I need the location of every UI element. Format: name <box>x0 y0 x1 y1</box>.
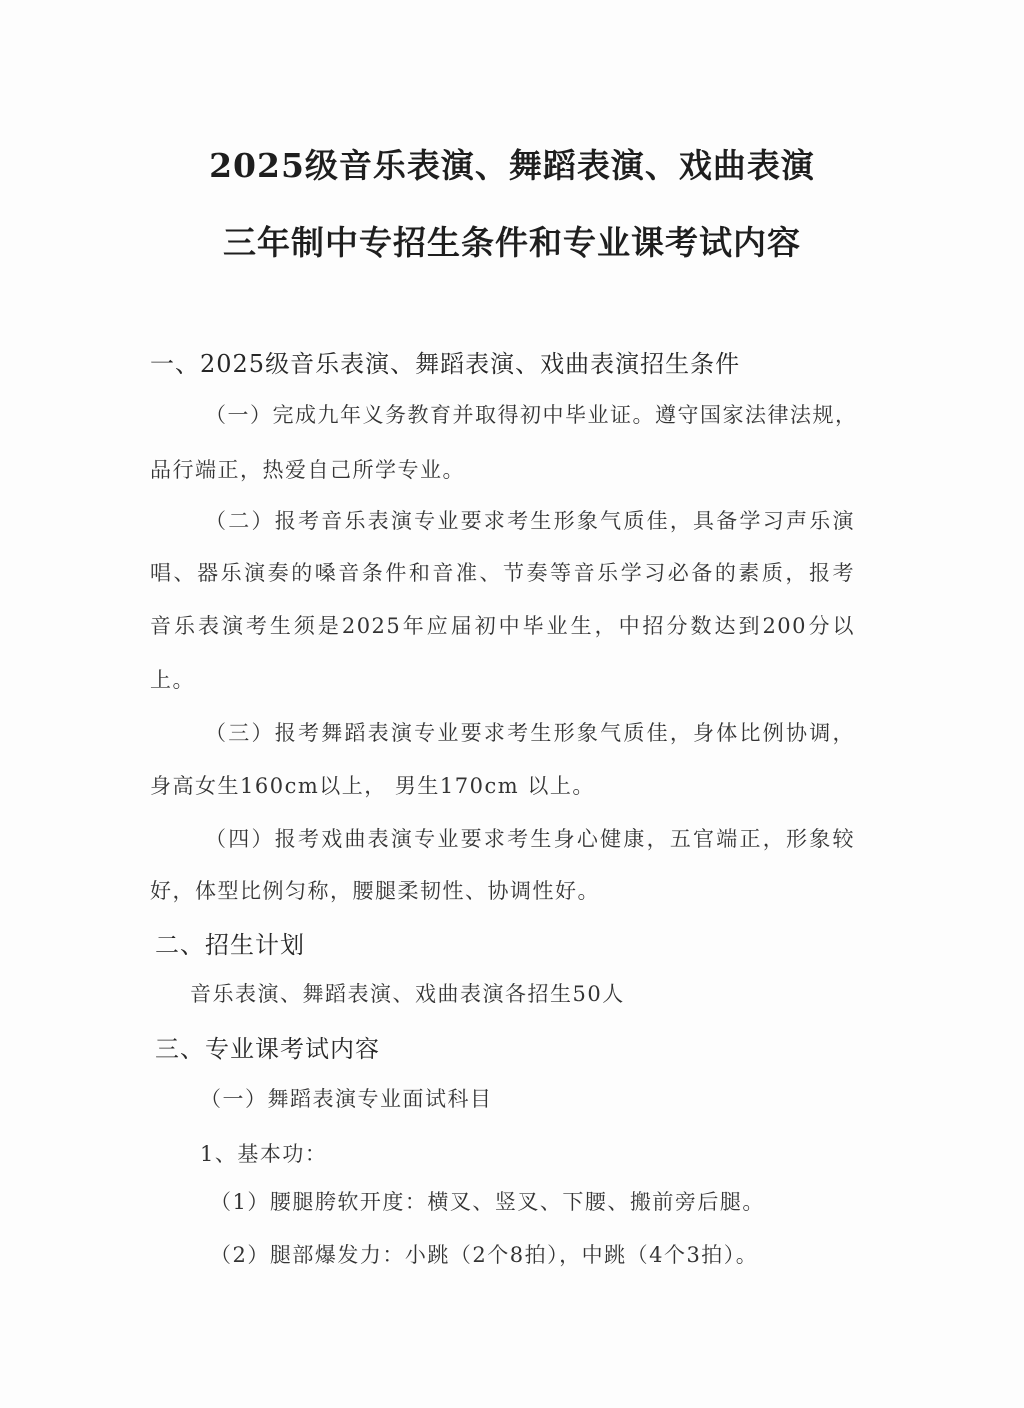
document-page: 2025级音乐表演、舞蹈表演、戏曲表演 三年制中专招生条件和专业课考试内容 一、… <box>0 0 1024 1408</box>
paragraph-line: （1）腰腿胯软开度：横叉、竖叉、下腰、搬前旁后腿。 <box>210 1186 765 1216</box>
paragraph-line: （一）完成九年义务教育并取得初中毕业证。遵守国家法律法规， <box>205 399 855 429</box>
paragraph-line: （四）报考戏曲表演专业要求考生身心健康，五官端正，形象较 <box>205 823 855 853</box>
document-title-line-2: 三年制中专招生条件和专业课考试内容 <box>0 217 1024 264</box>
paragraph-line: 唱、器乐演奏的嗓音条件和音准、节奏等音乐学习必备的素质，报考 <box>150 557 855 587</box>
paragraph-line: 好，体型比例匀称，腰腿柔韧性、协调性好。 <box>150 875 600 905</box>
paragraph-line: 1、基本功： <box>200 1138 327 1168</box>
section-heading-enrollment-plan: 二、招生计划 <box>155 925 305 960</box>
paragraph-line: 音乐表演、舞蹈表演、戏曲表演各招生50人 <box>190 978 625 1008</box>
paragraph-line: （一）舞蹈表演专业面试科目 <box>200 1083 493 1113</box>
paragraph-line: （二）报考音乐表演专业要求考生形象气质佳，具备学习声乐演 <box>205 505 855 535</box>
paragraph-line: （2）腿部爆发力：小跳（2个8拍），中跳（4个3拍）。 <box>210 1239 758 1269</box>
section-heading-exam-content: 三、专业课考试内容 <box>155 1029 380 1064</box>
paragraph-line: 音乐表演考生须是2025年应届初中毕业生，中招分数达到200分以 <box>150 610 855 640</box>
paragraph-line: 身高女生160cm以上， 男生170cm 以上。 <box>150 770 595 800</box>
section-heading-admission-requirements: 一、2025级音乐表演、舞蹈表演、戏曲表演招生条件 <box>150 344 740 379</box>
paragraph-line: 品行端正，热爱自己所学专业。 <box>150 454 465 484</box>
paragraph-line: （三）报考舞蹈表演专业要求考生形象气质佳，身体比例协调， <box>205 717 855 747</box>
document-title-line-1: 2025级音乐表演、舞蹈表演、戏曲表演 <box>0 140 1024 187</box>
paragraph-line: 上。 <box>150 664 195 694</box>
